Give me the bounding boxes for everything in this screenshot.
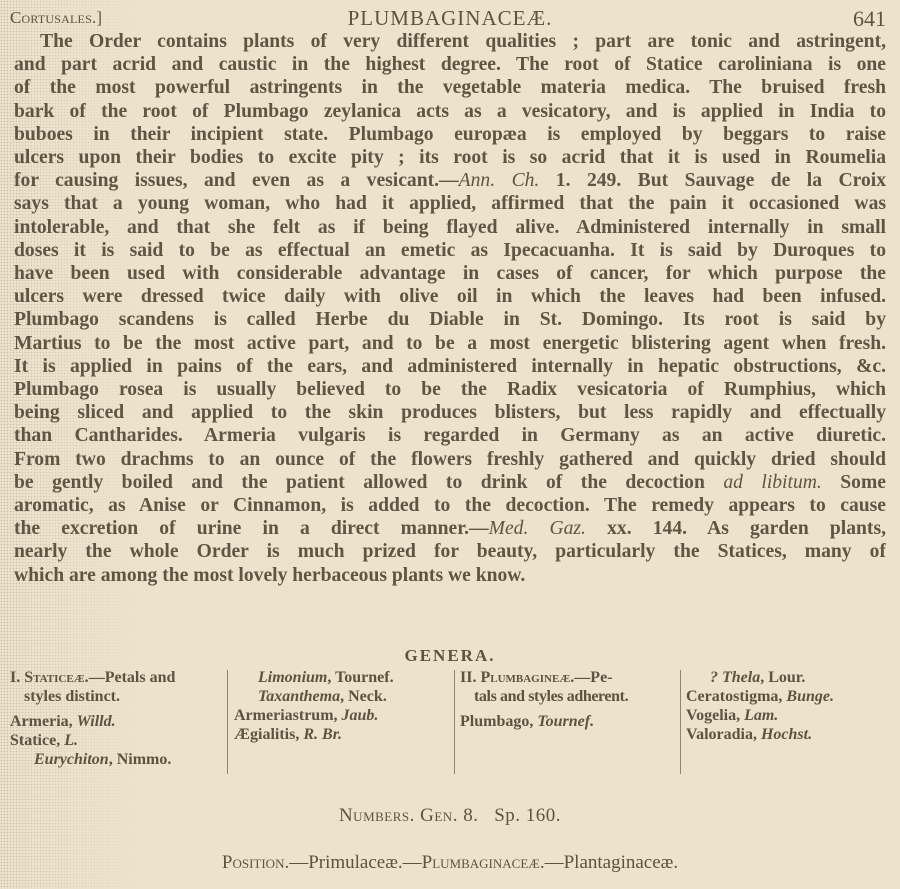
body-paragraph: The Order contains plants of very differ… [14,30,886,587]
genera-col-staticeae: I. Staticeæ.—Petals and styles distinct.… [10,668,225,769]
text-line: for causing issues, and even as a vesica… [14,169,886,192]
text-line: nearly the whole Order is much prized fo… [14,540,886,563]
book-page: Cortusales.] PLUMBAGINACEÆ. 641 The Orde… [0,0,900,889]
genus-author: Lam. [744,707,778,724]
text-line: ulcers were dressed twice daily with oli… [14,285,886,308]
genus-name: Valoradia, [686,726,761,743]
page-number: 641 [853,6,886,32]
genus-author: L. [64,732,78,749]
italic-citation: Med. Gaz. [489,518,586,539]
text-line: From two drachms to an ounce of the flow… [14,448,886,471]
tribe-description: tals and styles adherent. [460,687,675,706]
text-line: ulcers upon their bodies to excite pity … [14,146,886,169]
genus-name: Vogelia, [686,707,744,724]
text-line: Plumbago rosea is usually believed to be… [14,378,886,401]
text-line: bark of the root of Plumbago zeylanica a… [14,100,886,123]
genus-author: Willd. [77,713,116,730]
genera-col-plumbagineae: II. Plumbagineæ.—Pe- tals and styles adh… [460,668,675,731]
genus-author: Hochst. [761,726,812,743]
text-line: which are among the most lovely herbaceo… [14,564,886,587]
genus-author: , Lour. [760,669,805,686]
tribe-description: styles distinct. [10,687,225,706]
genus-entry: Vogelia, Lam. [686,706,890,725]
italic-citation: Ann. Ch. [459,170,540,191]
genus-name: Armeria, [10,713,77,730]
genus-author: Bunge. [786,688,834,705]
column-divider [680,670,681,774]
text-line: doses it is said to be as effectual an e… [14,239,886,262]
position-line: Position.—Primulaceæ.—Plumbaginaceæ.—Pla… [0,852,900,874]
genus-name: Armeriastrum, [234,707,342,724]
running-head-title: PLUMBAGINACEÆ. [10,6,890,31]
genus-author: , Tournef. [327,669,393,686]
genus-entry: Plumbago, Tournef. [460,712,675,731]
running-head: Cortusales.] PLUMBAGINACEÆ. 641 [10,6,890,32]
tribe-name: Plumbagineæ. [480,669,574,686]
genus-entry: Armeria, Willd. [10,712,225,731]
text-line: Plumbago scandens is called Herbe du Dia… [14,308,886,331]
genus-entry: Valoradia, Hochst. [686,725,890,744]
text-line: than Cantharides. Armeria vulgaris is re… [14,424,886,447]
column-divider [454,670,455,774]
genus-name: Taxanthema [258,688,340,705]
genus-author: , Neck. [340,688,387,705]
genus-entry: Statice, L. [10,731,225,750]
text-line: buboes in their incipient state. Plumbag… [14,123,886,146]
genus-entry: Ceratostigma, Bunge. [686,687,890,706]
genus-entry: Eurychiton, Nimmo. [10,750,225,769]
genus-author: , Nimmo. [109,751,172,768]
tribe-name: Staticeæ. [24,669,88,686]
genus-author: Jaub. [342,707,379,724]
genus-name: Ceratostigma, [686,688,786,705]
genus-name: Eurychiton [34,751,109,768]
column-divider [227,670,228,774]
genus-author: Tournef. [537,713,594,730]
genera-col-2: Limonium, Tournef.Taxanthema, Neck.Armer… [234,668,449,744]
text-line: Martius to be the most active part, and … [14,332,886,355]
genera-col-4: ? Thela, Lour.Ceratostigma, Bunge.Vogeli… [686,668,890,744]
genus-name: Limonium [258,669,327,686]
genus-entry: ? Thela, Lour. [686,668,890,687]
genus-entry: Ægialitis, R. Br. [234,725,449,744]
genera-heading: GENERA. [0,646,900,666]
text-line: aromatic, as Anise or Cinnamon, is added… [14,494,886,517]
genus-name: Plumbago, [460,713,537,730]
tribe-heading: I. Staticeæ.—Petals and [10,668,225,687]
text-line: the excretion of urine in a direct manne… [14,517,886,540]
genus-name: Statice, [10,732,64,749]
genus-author: R. Br. [303,726,342,743]
tribe-heading: II. Plumbagineæ.—Pe- [460,668,675,687]
genus-entry: Armeriastrum, Jaub. [234,706,449,725]
genus-name: ? Thela [710,669,760,686]
genus-name: Ægialitis, [234,726,303,743]
text-line: have been used with considerable advanta… [14,262,886,285]
text-line: of the most powerful astringents in the … [14,76,886,99]
italic-citation: ad libitum. [723,472,821,493]
text-line: and part acrid and caustic in the highes… [14,53,886,76]
genus-entry: Taxanthema, Neck. [234,687,449,706]
text-line: being sliced and applied to the skin pro… [14,401,886,424]
genera-table: I. Staticeæ.—Petals and styles distinct.… [10,668,890,776]
genus-entry: Limonium, Tournef. [234,668,449,687]
text-line: intolerable, and that she felt as if bei… [14,216,886,239]
text-line: says that a young woman, who had it appl… [14,192,886,215]
numbers-line: Numbers. Gen. 8. Sp. 160. [0,805,900,827]
text-line: It is applied in pains of the ears, and … [14,355,886,378]
text-line: The Order contains plants of very differ… [14,30,886,53]
text-line: be gently boiled and the patient allowed… [14,471,886,494]
